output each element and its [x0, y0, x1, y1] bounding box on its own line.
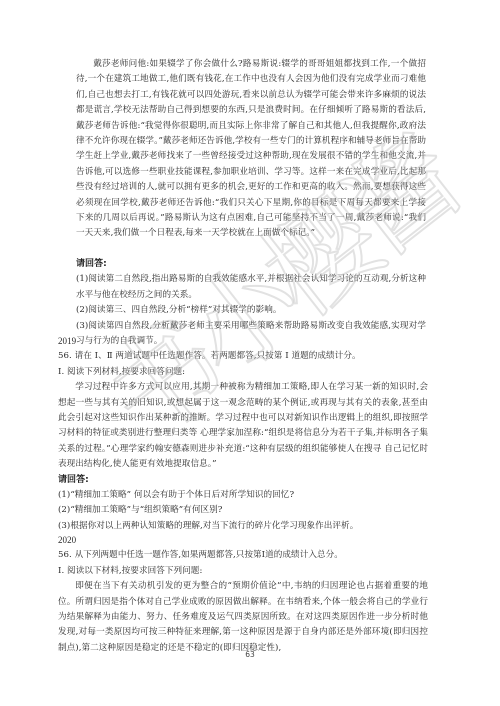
question-instruction-2019: 56. 请在 Ⅰ、Ⅱ 两道试题中任选题作答。若两题都答,只按第 Ⅰ 道题的成绩计… — [58, 349, 428, 364]
question-2019-1: (1)“精细加工策略” 何以会有助于个体日后对所学知识的回忆? — [58, 488, 428, 503]
question-2019-3: (3)根据你对以上两种认知策略的理解,对当下流行的碎片化学习现象作出评析。 — [58, 519, 428, 534]
page-number: 63 — [0, 650, 500, 659]
sub-instruction-2019: Ⅰ. 阅读下列材料,按要求回答问题: — [58, 365, 428, 380]
question-2: (2)阅读第三、四自然段,分析“榜样”对其辍学的影响。 — [76, 303, 426, 318]
answer-heading: 请回答: — [76, 257, 426, 272]
answer-heading-2019: 请回答: — [58, 473, 428, 488]
year-label-2019: 2019 — [58, 334, 428, 349]
document-page: 戴莎老师问他:如果辍学了你会做什么?路易斯说:辍学的哥哥姐姐都找到工作,一个做招… — [0, 0, 500, 706]
sub-instruction-2020: Ⅰ. 阅读以下材料,按要求回答下列问题: — [58, 564, 428, 579]
question-instruction-2020: 56. 从下列两题中任选一题作答,如果两题都答,只按第Ⅰ道的成绩计入总分。 — [58, 548, 428, 563]
material-paragraph-2020: 即便在当下有关动机引发的更为整合的“预期价值论”中,韦纳的归因理论也占据着重要的… — [58, 579, 428, 656]
material-paragraph-2019: 学习过程中许多方式可以应用,其期一种被称为精细加工策略,即人在学习某一新的知识时… — [58, 380, 428, 472]
section-case-study: 戴莎老师问他:如果辍学了你会做什么?路易斯说:辍学的哥哥姐姐都找到工作,一个做招… — [76, 57, 426, 349]
section-2019: 2019 56. 请在 Ⅰ、Ⅱ 两道试题中任选题作答。若两题都答,只按第 Ⅰ 道… — [58, 334, 428, 534]
section-2020: 2020 56. 从下列两题中任选一题作答,如果两题都答,只按第Ⅰ道的成绩计入总… — [58, 533, 428, 656]
year-label-2020: 2020 — [58, 533, 428, 548]
question-1: (1)阅读第二自然段,指出路易斯的自我效能感水平,并根据社会认知学习论的互动观,… — [76, 272, 426, 303]
question-2019-2: (2)“精细加工策略”与“组织策略”有何区别? — [58, 503, 428, 518]
case-paragraph: 戴莎老师问他:如果辍学了你会做什么?路易斯说:辍学的哥哥姐姐都找到工作,一个做招… — [76, 57, 426, 242]
